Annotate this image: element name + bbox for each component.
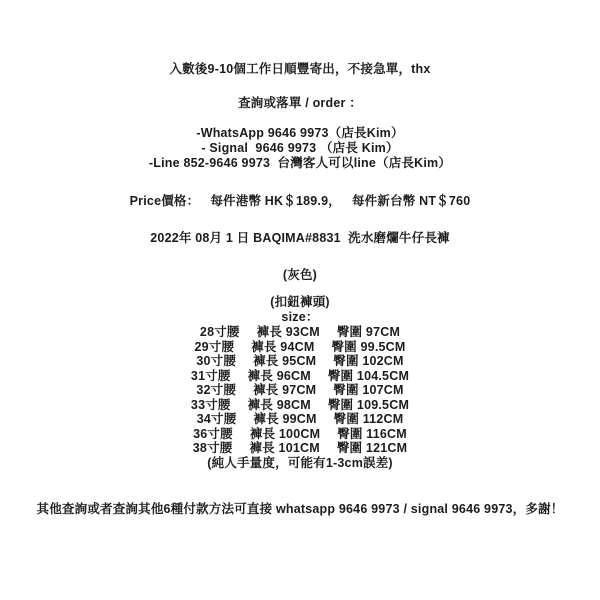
color-note: (灰色) [0,268,600,283]
waist-cell: 34寸腰 [197,412,237,427]
hip-cell: 臀圍 121CM [337,441,407,456]
product-listing-page: 入數後9-10個工作日順豐寄出，不接急單，thx 查詢或落單 / order ：… [0,0,600,600]
size-row: 30寸腰 褲長 95CM 臀圍 102CM [0,354,600,369]
size-row: 29寸腰 褲長 94CM 臀圍 99.5CM [0,340,600,355]
size-row: 38寸腰 褲長 101CM 臀圍 121CM [0,441,600,456]
contact-signal: - Signal 9646 9973 （店長 Kim） [0,141,600,156]
length-cell: 褲長 100CM [250,427,320,442]
hip-cell: 臀圍 116CM [337,427,407,442]
payment-footer: 其他查詢或者查詢其他6種付款方法可直接 whatsapp 9646 9973 /… [0,502,600,517]
waist-cell: 33寸腰 [191,398,231,413]
closure-note: (扣鈕褲頭) [0,295,600,310]
listing-content: 入數後9-10個工作日順豐寄出，不接急單，thx 查詢或落單 / order ：… [0,0,600,517]
size-heading: size： [0,310,600,325]
waist-cell: 38寸腰 [193,441,233,456]
contact-list: -WhatsApp 9646 9973（店長Kim） - Signal 9646… [0,126,600,171]
hip-cell: 臀圍 112CM [334,412,404,427]
waist-cell: 32寸腰 [196,383,236,398]
waist-cell: 36寸腰 [193,427,233,442]
length-cell: 褲長 96CM [248,369,311,384]
product-title: 2022年 08月 1 日 BAQIMA#8831 洗水磨爛牛仔長褲 [0,231,600,246]
size-row: 31寸腰 褲長 96CM 臀圍 104.5CM [0,369,600,384]
measurement-disclaimer: (純人手量度，可能有1-3cm誤差) [0,456,600,471]
hip-cell: 臀圍 104.5CM [328,369,409,384]
shipping-notice: 入數後9-10個工作日順豐寄出，不接急單，thx [0,62,600,77]
hip-cell: 臀圍 102CM [333,354,403,369]
waist-cell: 30寸腰 [196,354,236,369]
length-cell: 褲長 101CM [249,441,319,456]
size-row: 36寸腰 褲長 100CM 臀圍 116CM [0,427,600,442]
length-cell: 褲長 93CM [257,325,320,340]
price-line: Price價格： 每件港幣 HK＄189.9， 每件新台幣 NT＄760 [0,194,600,209]
hip-cell: 臀圍 99.5CM [331,340,405,355]
size-row: 33寸腰 褲長 98CM 臀圍 109.5CM [0,398,600,413]
contact-line: -Line 852-9646 9973 台灣客人可以line（店長Kim） [0,156,600,171]
order-heading: 查詢或落單 / order ： [0,96,600,111]
size-row: 32寸腰 褲長 97CM 臀圍 107CM [0,383,600,398]
hip-cell: 臀圍 107CM [333,383,403,398]
length-cell: 褲長 97CM [253,383,316,398]
length-cell: 褲長 99CM [253,412,316,427]
size-row: 28寸腰 褲長 93CM 臀圍 97CM [0,325,600,340]
size-table: 28寸腰 褲長 93CM 臀圍 97CM 29寸腰 褲長 94CM 臀圍 99.… [0,325,600,456]
contact-whatsapp: -WhatsApp 9646 9973（店長Kim） [0,126,600,141]
length-cell: 褲長 95CM [253,354,316,369]
hip-cell: 臀圍 109.5CM [328,398,409,413]
hip-cell: 臀圍 97CM [337,325,400,340]
length-cell: 褲長 94CM [251,340,314,355]
waist-cell: 29寸腰 [195,340,235,355]
waist-cell: 28寸腰 [200,325,240,340]
length-cell: 褲長 98CM [248,398,311,413]
waist-cell: 31寸腰 [191,369,231,384]
size-row: 34寸腰 褲長 99CM 臀圍 112CM [0,412,600,427]
